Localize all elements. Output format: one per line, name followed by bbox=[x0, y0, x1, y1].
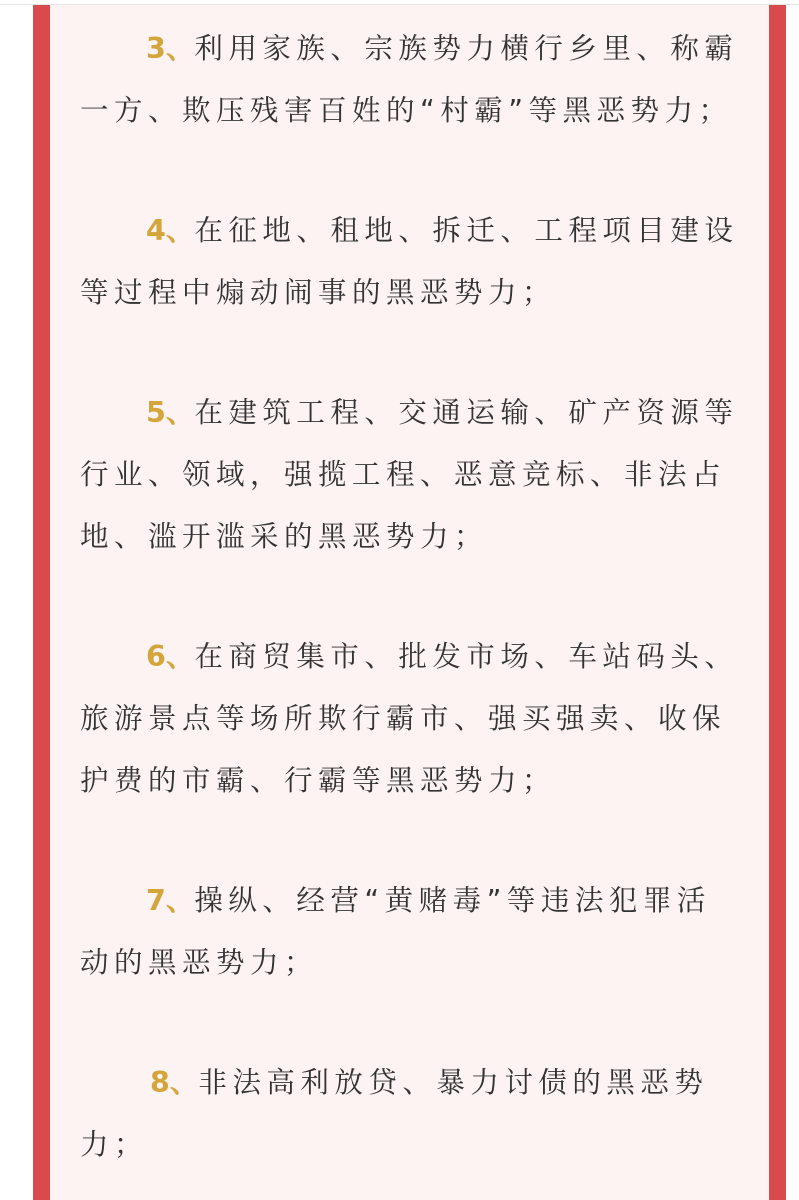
list-item-4: 4、在征地、租地、拆迁、工程项目建设等过程中煽动闹事的黑恶势力； bbox=[80, 200, 740, 324]
list-item-8: 8、非法高利放贷、暴力讨债的黑恶势力； bbox=[80, 1052, 740, 1176]
list-item-7: 7、操纵、经营“黄赌毒”等违法犯罪活动的黑恶势力； bbox=[80, 870, 740, 994]
article-body: 3、利用家族、宗族势力横行乡里、称霸一方、欺压残害百姓的“村霸”等黑恶势力； 4… bbox=[80, 18, 740, 1176]
item-number: 5、 bbox=[146, 396, 194, 429]
list-item-5: 5、在建筑工程、交通运输、矿产资源等行业、领域，强揽工程、恶意竞标、非法占地、滥… bbox=[80, 382, 740, 568]
item-number: 3、 bbox=[146, 32, 194, 65]
list-item-6: 6、在商贸集市、批发市场、车站码头、旅游景点等场所欺行霸市、强买强卖、收保护费的… bbox=[80, 626, 740, 812]
item-number: 8、 bbox=[150, 1066, 198, 1099]
item-number: 6、 bbox=[146, 640, 194, 673]
list-item-3: 3、利用家族、宗族势力横行乡里、称霸一方、欺压残害百姓的“村霸”等黑恶势力； bbox=[80, 18, 740, 142]
left-accent-bar bbox=[33, 5, 50, 1200]
right-accent-bar bbox=[769, 5, 786, 1200]
item-number: 4、 bbox=[146, 214, 194, 247]
item-number: 7、 bbox=[146, 884, 194, 917]
